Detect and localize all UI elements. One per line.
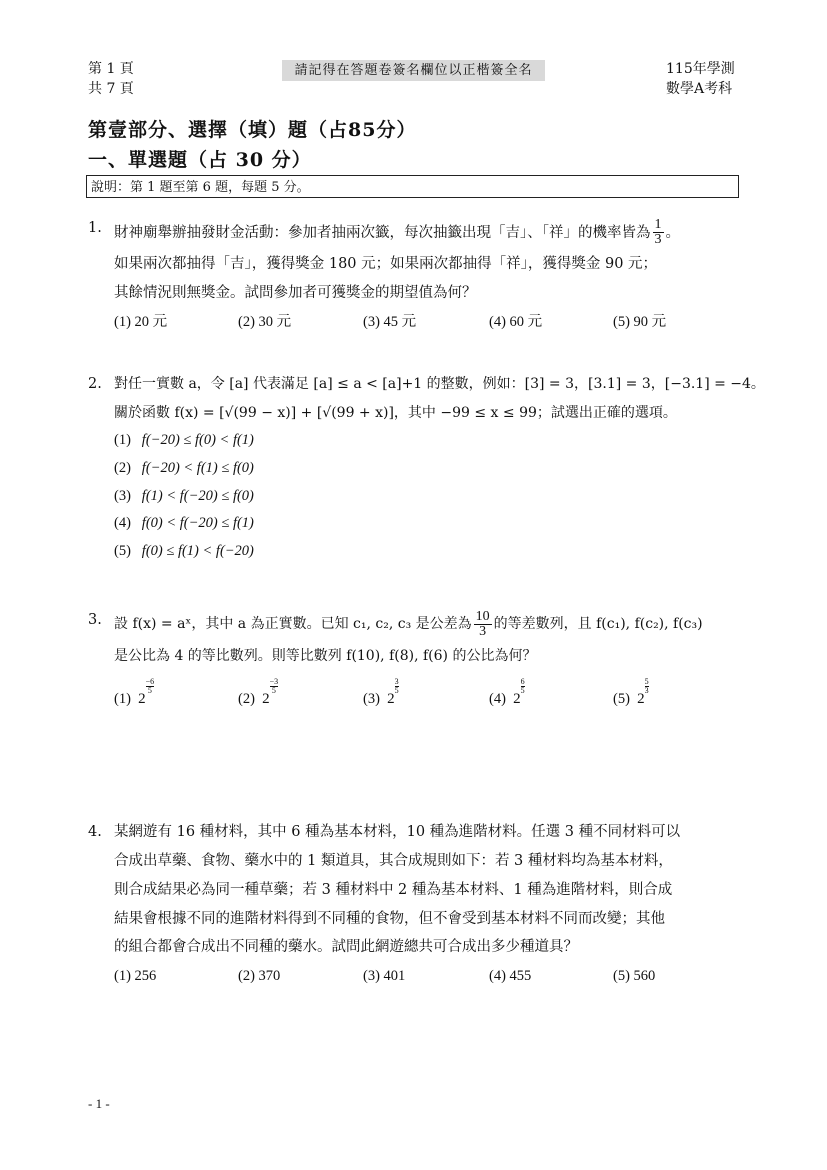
answer-option-4[interactable]: (4) f(0) < f(−20) ≤ f(1) <box>114 513 254 533</box>
question-text-line: 是公比為 4 的等比數列。則等比數列 f(10), f(8), f(6) 的公比… <box>114 646 536 666</box>
option-label: (5) <box>114 543 131 559</box>
option-expression: f(1) < f(−20) ≤ f(0) <box>142 488 254 504</box>
question-number: 2. <box>88 374 102 394</box>
answer-option-5[interactable]: (5) 253 <box>613 678 649 709</box>
power-base: 2 <box>513 691 521 707</box>
exam-year: 115年學測 <box>666 60 735 78</box>
answer-option-4[interactable]: (4) 265 <box>489 678 525 709</box>
fraction: 13 <box>653 218 664 247</box>
answer-option-2[interactable]: (2) 2−35 <box>238 678 278 709</box>
question-text: 財神廟舉辦抽發財金活動：參加者抽兩次籤，每次抽籤出現「吉」、「祥」的機率皆為 <box>114 225 651 241</box>
option-expression: f(0) ≤ f(1) < f(−20) <box>142 543 254 559</box>
question-text-line: 的組合都會合成出不同種的藥水。試問此網遊總共可合成出多少種道具？ <box>114 937 578 957</box>
answer-option-3[interactable]: (3) f(1) < f(−20) ≤ f(0) <box>114 486 254 506</box>
option-expression: f(0) < f(−20) ≤ f(1) <box>142 515 254 531</box>
option-label: (4) <box>489 691 506 707</box>
answer-option-2[interactable]: (2) f(−20) < f(1) ≤ f(0) <box>114 458 254 478</box>
page-number-footer: - 1 - <box>88 1096 110 1112</box>
section-title: 第壹部分、選擇（填）題（占85分） <box>88 118 416 142</box>
page-label: 第 1 頁 <box>88 60 134 78</box>
answer-option-4[interactable]: (4) 455 <box>489 966 531 986</box>
question-text-line: 其餘情況則無獎金。試問參加者可獲獎金的期望值為何？ <box>114 283 477 303</box>
fraction-numerator: 1 <box>653 218 664 233</box>
question-number: 1. <box>88 218 102 238</box>
option-expression: f(−20) < f(1) ≤ f(0) <box>142 460 254 476</box>
answer-option-3[interactable]: (3) 401 <box>363 966 405 986</box>
fraction-denominator: 3 <box>474 625 492 639</box>
question-text-line: 對任一實數 a，令 [a] 代表滿足 [a] ≤ a < [a]+1 的整數，例… <box>114 374 765 394</box>
option-label: (1) <box>114 432 131 448</box>
instructions-box: 說明：第 1 題至第 6 題，每題 5 分。 <box>86 175 739 198</box>
question-text: 的等差數列，且 f(c₁), f(c₂), f(c₃) <box>494 616 703 632</box>
option-label: (3) <box>363 691 380 707</box>
answer-option-5[interactable]: (5) f(0) ≤ f(1) < f(−20) <box>114 541 254 561</box>
answer-option-5[interactable]: (5) 560 <box>613 966 655 986</box>
fraction-numerator: 10 <box>474 610 492 625</box>
power-expression: 265 <box>513 691 525 707</box>
question-text-line: 合成出草藥、食物、藥水中的 1 類道具，其合成規則如下：若 3 種材料均為基本材… <box>114 851 673 871</box>
question-text-line: 某網遊有 16 種材料，其中 6 種為基本材料，10 種為進階材料。任選 3 種… <box>114 822 680 842</box>
power-expression: 2−65 <box>138 691 154 707</box>
exponent-denominator: 5 <box>146 687 155 695</box>
option-label: (1) <box>114 691 131 707</box>
question-number: 4. <box>88 822 102 842</box>
option-label: (4) <box>114 515 131 531</box>
power-base: 2 <box>138 691 146 707</box>
exponent-denominator: 3 <box>645 687 649 695</box>
total-pages-label: 共 7 頁 <box>88 80 134 98</box>
option-label: (5) <box>613 691 630 707</box>
answer-option-2[interactable]: (2) 30 元 <box>238 312 291 332</box>
signature-reminder-banner: 請記得在答題卷簽名欄位以正楷簽全名 <box>282 60 545 81</box>
answer-option-1[interactable]: (1) 2−65 <box>114 678 154 709</box>
question-text-line: 則合成結果必為同一種草藥；若 3 種材料中 2 種為基本材料、1 種為進階材料，… <box>114 880 672 900</box>
answer-option-2[interactable]: (2) 370 <box>238 966 280 986</box>
question-number: 3. <box>88 610 102 630</box>
answer-option-5[interactable]: (5) 90 元 <box>613 312 666 332</box>
question-text: 設 f(x) = aˣ，其中 a 為正實數。已知 c₁, c₂, c₃ 是公差為 <box>114 616 472 632</box>
answer-option-1[interactable]: (1) 256 <box>114 966 156 986</box>
question-text-line: 如果兩次都抽得「吉」，獲得獎金 180 元；如果兩次都抽得「祥」，獲得獎金 90… <box>114 254 657 274</box>
fraction: 103 <box>474 610 492 639</box>
exam-subject: 數學A考科 <box>666 80 732 98</box>
answer-option-3[interactable]: (3) 235 <box>363 678 399 709</box>
question-text-line: 結果會根據不同的進階材料得到不同種的食物，但不會受到基本材料不同而改變；其他 <box>114 909 665 929</box>
exponent-denominator: 5 <box>521 687 525 695</box>
option-expression: f(−20) ≤ f(0) < f(1) <box>142 432 254 448</box>
question-text-line: 財神廟舉辦抽發財金活動：參加者抽兩次籤，每次抽籤出現「吉」、「祥」的機率皆為13… <box>114 218 680 247</box>
fraction-denominator: 3 <box>653 233 664 247</box>
power-expression: 253 <box>637 691 649 707</box>
question-text-line: 關於函數 f(x) = [√(99 − x)] + [√(99 + x)]，其中… <box>114 403 677 423</box>
answer-option-4[interactable]: (4) 60 元 <box>489 312 542 332</box>
answer-option-1[interactable]: (1) f(−20) ≤ f(0) < f(1) <box>114 430 254 450</box>
question-text-line: 設 f(x) = aˣ，其中 a 為正實數。已知 c₁, c₂, c₃ 是公差為… <box>114 610 703 639</box>
answer-option-3[interactable]: (3) 45 元 <box>363 312 416 332</box>
answer-option-1[interactable]: (1) 20 元 <box>114 312 167 332</box>
option-label: (3) <box>114 488 131 504</box>
punctuation: 。 <box>666 225 681 241</box>
exponent-denominator: 5 <box>270 687 279 695</box>
exponent-denominator: 5 <box>395 687 399 695</box>
option-label: (2) <box>238 691 255 707</box>
option-label: (2) <box>114 460 131 476</box>
section-subtitle: 一、單選題（占 30 分） <box>88 148 312 172</box>
power-base: 2 <box>387 691 395 707</box>
power-expression: 235 <box>387 691 399 707</box>
power-base: 2 <box>637 691 645 707</box>
power-base: 2 <box>262 691 270 707</box>
power-expression: 2−35 <box>262 691 278 707</box>
